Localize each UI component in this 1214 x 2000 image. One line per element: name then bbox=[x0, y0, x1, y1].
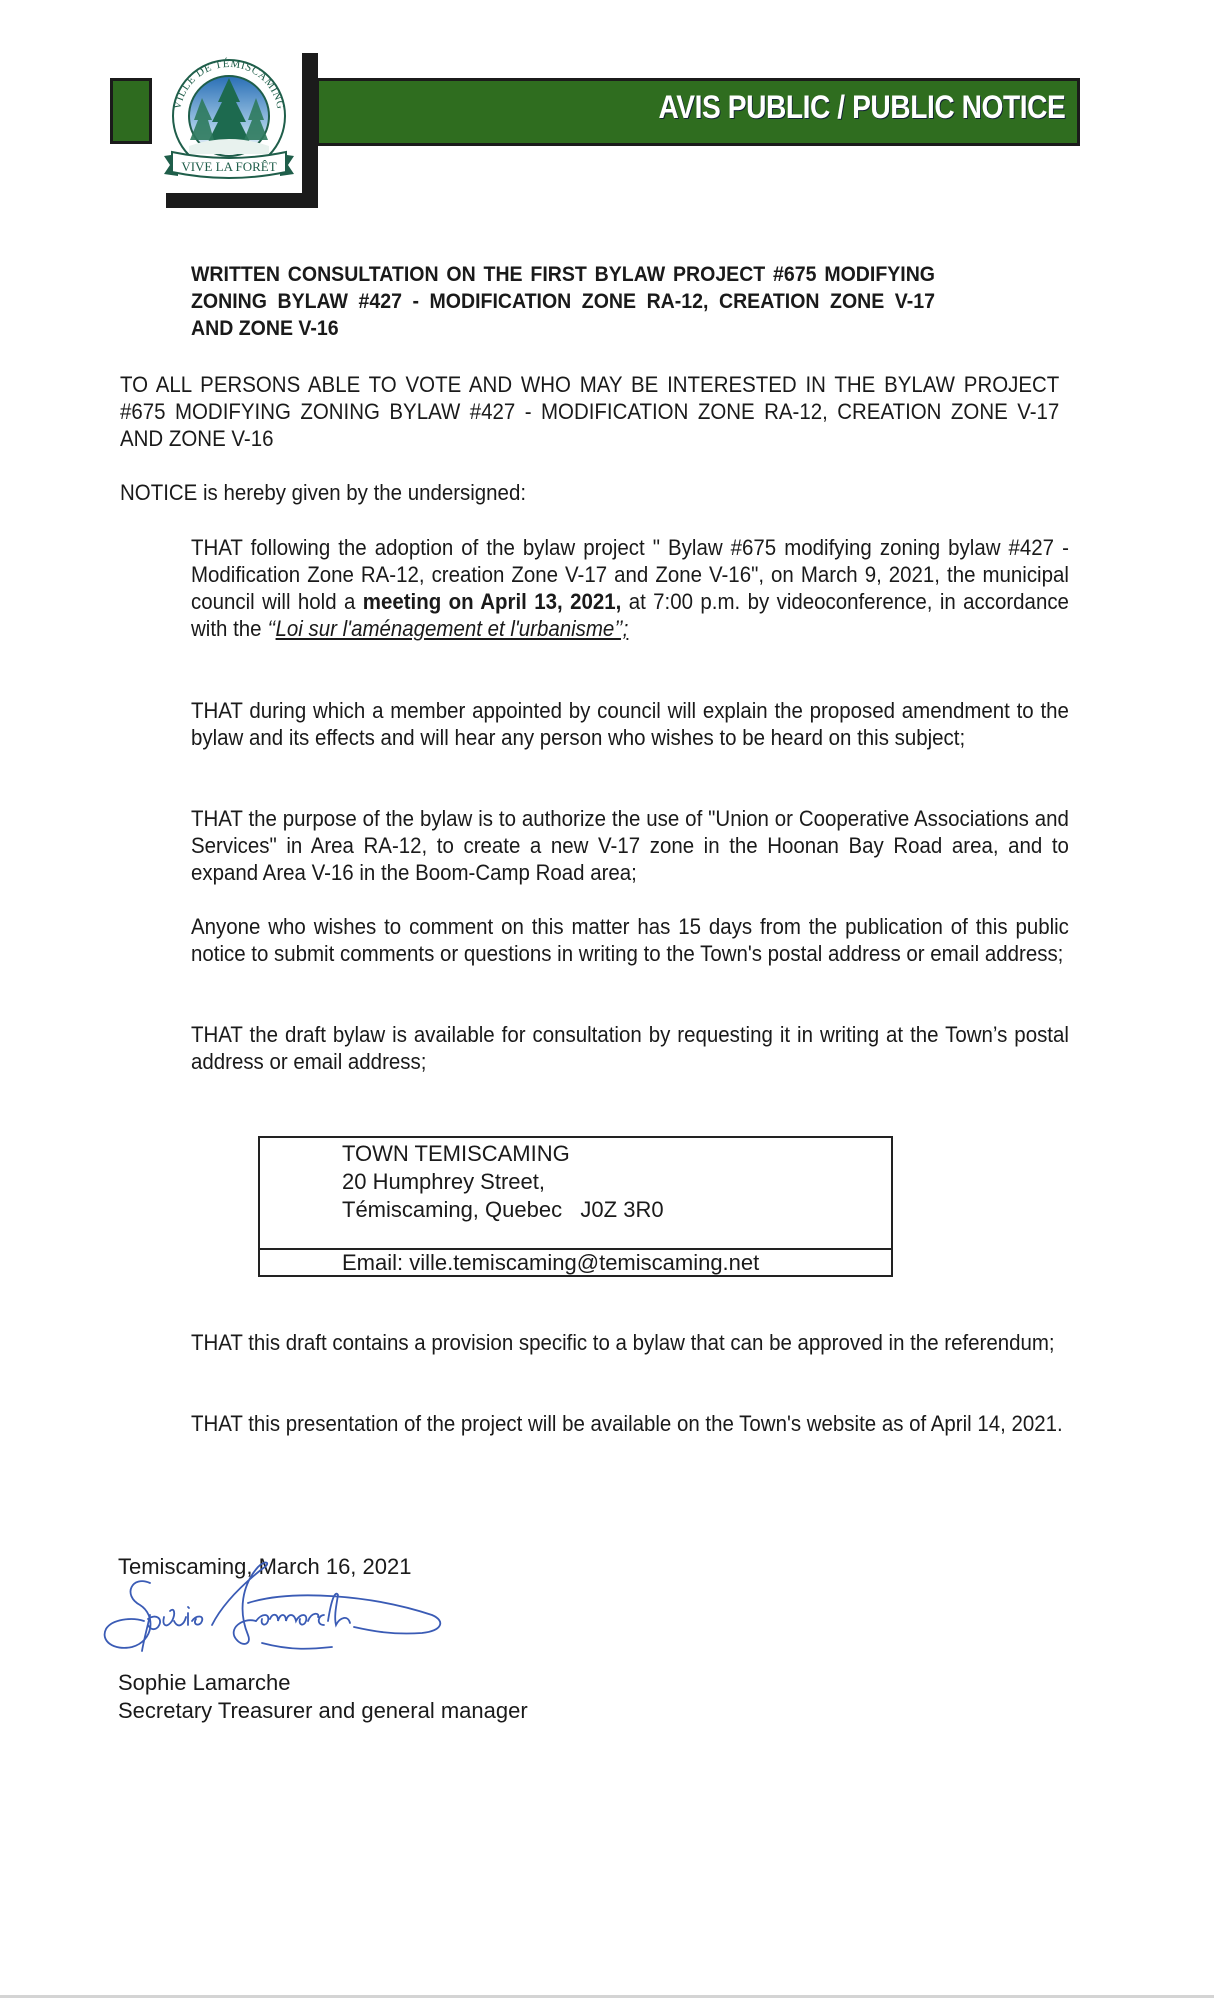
header-banner: AVIS PUBLIC / PUBLIC NOTICE bbox=[316, 78, 1080, 146]
logo-frame-vertical bbox=[302, 53, 318, 207]
law-quote-open: ‘‘ bbox=[267, 616, 275, 641]
email-link[interactable]: ville.temiscaming@temiscaming.net bbox=[409, 1250, 759, 1275]
email-section: Email: ville.temiscaming@temiscaming.net bbox=[342, 1249, 759, 1277]
meeting-date-bold: meeting on April 13, 2021, bbox=[363, 589, 622, 614]
intro-paragraph: TO ALL PERSONS ABLE TO VOTE AND WHO MAY … bbox=[120, 371, 1059, 452]
logo-ribbon-text: VIVE LA FORÊT bbox=[181, 159, 276, 174]
signatory-title: Secretary Treasurer and general manager bbox=[118, 1697, 528, 1725]
banner-left-block bbox=[110, 78, 152, 144]
scan-edge-line bbox=[0, 1995, 1214, 1998]
paragraph-comments: Anyone who wishes to comment on this mat… bbox=[191, 913, 1069, 967]
paragraph-referendum: THAT this draft contains a provision spe… bbox=[191, 1329, 1069, 1356]
paragraph-draft-availability: THAT the draft bylaw is available for co… bbox=[191, 1021, 1069, 1075]
signature-text: Sophie Lamarche bbox=[92, 1555, 100, 1556]
address-box: TOWN TEMISCAMING 20 Humphrey Street, Tém… bbox=[258, 1136, 893, 1277]
postal-address-section: TOWN TEMISCAMING 20 Humphrey Street, Tém… bbox=[260, 1138, 891, 1250]
email-label: Email: bbox=[342, 1250, 409, 1275]
signatory-name: Sophie Lamarche bbox=[118, 1669, 290, 1697]
banner-title: AVIS PUBLIC / PUBLIC NOTICE bbox=[658, 89, 1065, 126]
tree-emblem-icon: VILLE DE TÉMISCAMING VIVE LA FORÊT bbox=[158, 50, 300, 190]
paragraph-website: THAT this presentation of the project wi… bbox=[191, 1410, 1069, 1437]
address-street: 20 Humphrey Street, bbox=[342, 1168, 664, 1196]
address-city-postal: Témiscaming, Quebec J0Z 3R0 bbox=[342, 1196, 664, 1224]
law-reference: Loi sur l'aménagement et l'urbanisme’’; bbox=[276, 616, 629, 641]
handwritten-signature-icon: Sophie Lamarche bbox=[92, 1555, 452, 1675]
paragraph-explanation: THAT during which a member appointed by … bbox=[191, 697, 1069, 751]
document-title: WRITTEN CONSULTATION ON THE FIRST BYLAW … bbox=[191, 261, 935, 342]
paragraph-purpose: THAT the purpose of the bylaw is to auth… bbox=[191, 805, 1069, 886]
paragraph-meeting: THAT following the adoption of the bylaw… bbox=[191, 534, 1069, 642]
notice-line: NOTICE is hereby given by the undersigne… bbox=[120, 479, 526, 506]
logo-frame-horizontal bbox=[166, 193, 318, 208]
address-town: TOWN TEMISCAMING bbox=[342, 1140, 664, 1168]
